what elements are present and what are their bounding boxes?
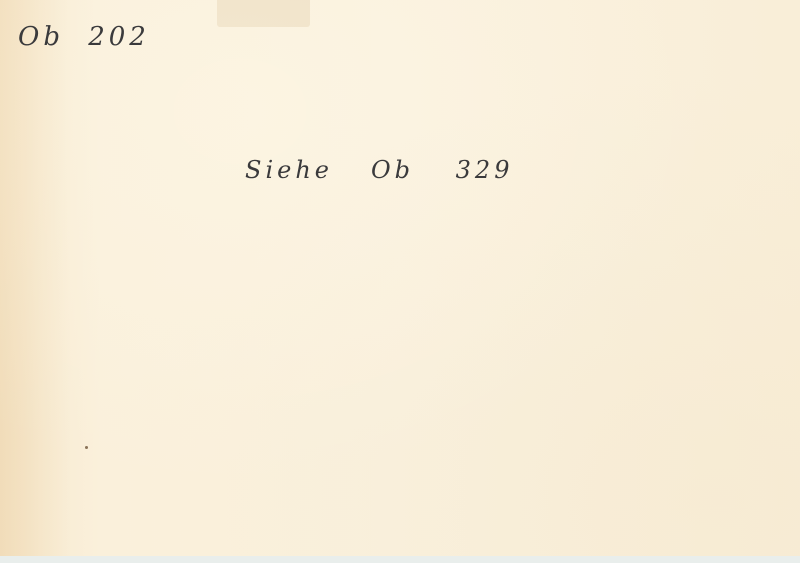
see-label: Siehe xyxy=(245,156,333,184)
paper-edge-shading xyxy=(0,0,70,556)
paper-speck xyxy=(85,446,88,449)
cross-reference-number: Ob 329 xyxy=(371,156,513,184)
cross-reference-note: SieheOb 329 xyxy=(245,156,513,184)
index-card: Ob 202 SieheOb 329 xyxy=(0,0,800,556)
scan-background-strip xyxy=(0,556,800,563)
tape-residue xyxy=(217,0,310,27)
catalog-number: Ob 202 xyxy=(18,22,150,52)
